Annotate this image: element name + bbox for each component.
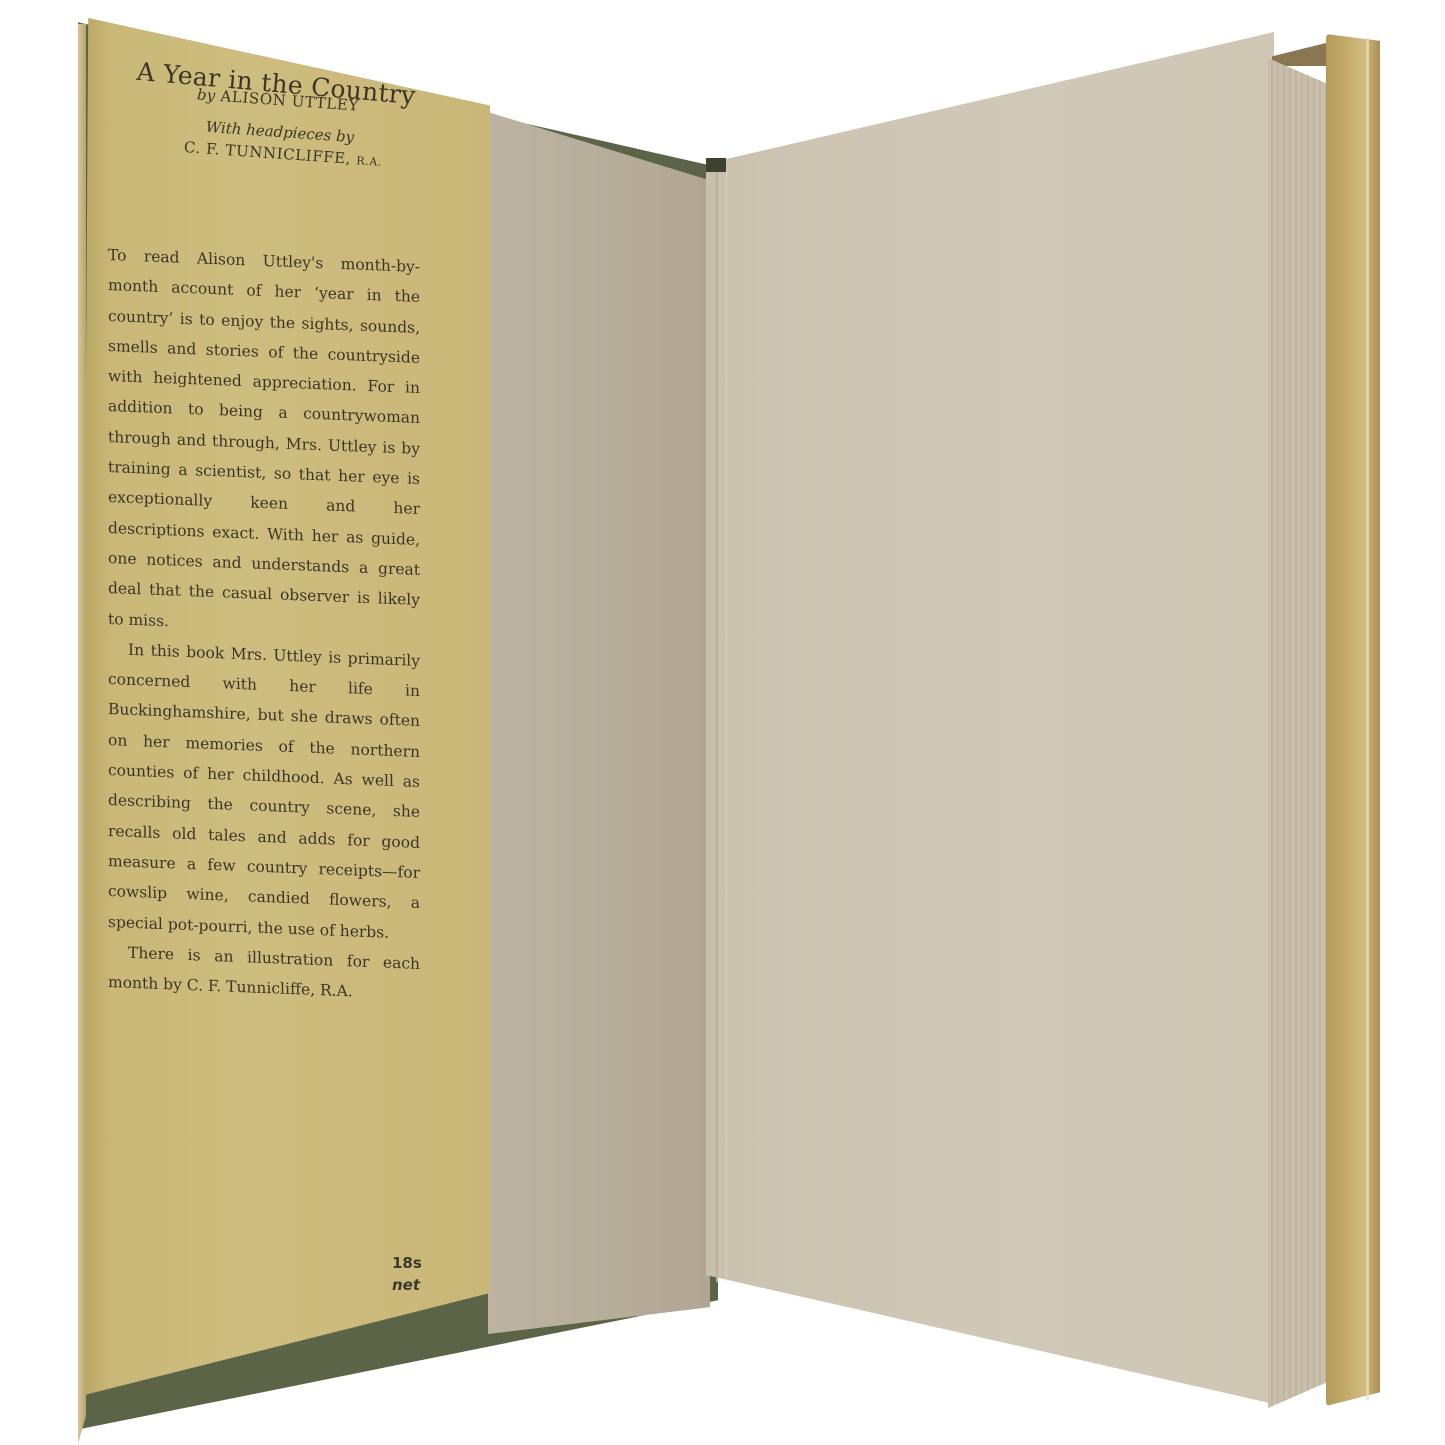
illustrator-suffix: R.A. [356,154,382,169]
blurb-paragraph: To read Alison Uttley's month-by-month a… [108,240,420,646]
flap-blurb: To read Alison Uttley's month-by-month a… [108,240,420,1009]
right-free-endpaper [706,32,1274,1404]
flap-heading-block: A Year in the Country by ALISON UTTLEY W… [108,56,428,163]
author-prefix: by [196,85,215,104]
page-block-fore-edge [1268,58,1330,1408]
gutter-highlight [726,170,727,1282]
spine-cloth-top [706,158,726,172]
price-label: 18s net [392,1252,422,1296]
left-pastedown-endpaper [488,112,710,1334]
gutter-crease [716,172,718,1282]
price-suffix: net [392,1274,422,1296]
right-cover-jacket-edge [1326,34,1380,1406]
blurb-paragraph: There is an illustration for each month … [108,937,420,1010]
book-photo: A Year in the Country by ALISON UTTLEY W… [0,0,1445,1445]
right-cover-highlight [1366,40,1369,1400]
price-value: 18s [392,1252,422,1274]
dust-jacket-fold-edge [78,24,86,1444]
blurb-paragraph: In this book Mrs. Uttley is primarily co… [108,634,420,949]
page-block-top [1272,42,1330,66]
